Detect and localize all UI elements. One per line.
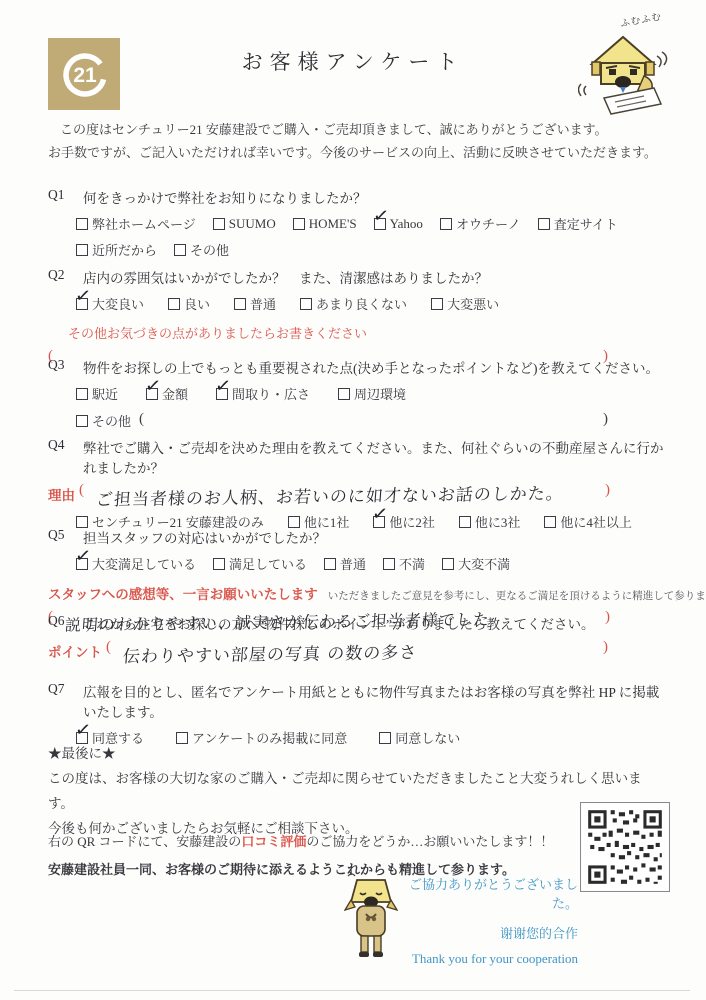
option-label: SUUMO xyxy=(229,216,276,232)
question-q7: Q7 広報を目的とし、匿名でアンケート用紙とともに物件写真またはお客様の写真を弊… xyxy=(48,681,664,747)
checkbox-option[interactable]: 大変不満 xyxy=(442,554,510,573)
other-answer-field[interactable]: その他 ( ) xyxy=(48,411,608,430)
checkbox-icon[interactable] xyxy=(76,415,88,427)
reason-label: 理由 xyxy=(48,482,75,504)
mascot-bowing xyxy=(344,870,398,962)
option-label: 満足している xyxy=(229,554,307,573)
checkbox-icon[interactable] xyxy=(76,388,88,400)
paren-open: ( xyxy=(139,411,144,428)
checkbox-option[interactable]: ✓大変満足している xyxy=(76,554,196,573)
checkbox-icon[interactable] xyxy=(431,298,443,310)
option-label: 大変不満 xyxy=(458,554,510,573)
checkbox-icon[interactable] xyxy=(383,558,395,570)
qr-line1-suffix: のご協力をどうか…お願いいたします！！ xyxy=(306,834,553,849)
review-highlight: 口コミ評価 xyxy=(241,834,306,849)
reason-answer-field[interactable]: 理由 ( ご担当者様のお人柄、お若いのに如才ないお話のしかた。 ) xyxy=(48,482,610,507)
checkbox-option[interactable]: 普通 xyxy=(234,294,276,313)
checkbox-option[interactable]: ✓金額 xyxy=(146,384,188,403)
checkbox-icon[interactable]: ✓ xyxy=(76,298,88,310)
question-number: Q3 xyxy=(48,357,70,377)
paren-close: ) xyxy=(603,639,608,656)
option-label: 周辺環境 xyxy=(354,384,406,403)
checkbox-icon[interactable]: ✓ xyxy=(216,388,228,400)
option-label: Yahoo xyxy=(390,216,423,232)
checkmark-icon: ✓ xyxy=(74,286,92,307)
option-label: 大変良い xyxy=(92,294,144,313)
option-label: 大変満足している xyxy=(92,554,196,573)
option-label: 大変悪い xyxy=(447,294,499,313)
option-label: 良い xyxy=(184,294,210,313)
option-label: 査定サイト xyxy=(554,214,618,233)
question-number: Q7 xyxy=(48,681,70,721)
closing-block: ★最後に★ この度は、お客様の大切な家のご購入・ご売却に関らせていただきましたこ… xyxy=(48,741,664,841)
closing-line1: この度は、お客様の大切な家のご購入・ご売却に関らせていただきましたこと大変うれし… xyxy=(48,766,664,816)
paren-close: ) xyxy=(605,482,610,499)
qr-code-icon xyxy=(580,802,670,892)
checkmark-icon: ✓ xyxy=(371,206,389,227)
other-comments-prompt: その他お気づきの点がありましたらお書きください xyxy=(48,323,664,342)
checkbox-icon[interactable] xyxy=(442,558,454,570)
checkbox-option[interactable]: 不満 xyxy=(383,554,425,573)
intro-line1: この度はセンチュリー21 安藤建設でご購入・ご売却頂きまして、誠にありがとうござ… xyxy=(48,118,664,141)
checkbox-option[interactable]: その他 xyxy=(174,240,229,259)
qr-line1-prefix: 右の QR コードにて、安藤建設の xyxy=(48,834,241,849)
checkbox-icon[interactable] xyxy=(338,388,350,400)
option-label: 不満 xyxy=(399,554,425,573)
scan-artifact-line xyxy=(14,990,690,991)
checkbox-option[interactable]: 近所だから xyxy=(76,240,157,259)
question-text: 何をきっかけで弊社をお知りになりましたか？ xyxy=(83,187,367,207)
staff-comment-note: いただきましたご意見を参考にし、更なるご満足を頂けるように精進して参ります xyxy=(328,588,706,603)
checkbox-option[interactable]: 査定サイト xyxy=(538,214,618,233)
checkbox-icon[interactable] xyxy=(440,218,452,230)
question-q3: Q3 物件をお探しの上でもっとも重要視された点(決め手となったポイントなど)を教… xyxy=(48,357,664,430)
checkbox-icon[interactable] xyxy=(234,298,246,310)
handwritten-answer[interactable]: ご担当者様のお人柄、お若いのに如才ないお話のしかた。 xyxy=(83,478,606,510)
checkmark-icon: ✓ xyxy=(74,546,92,567)
question-q1: Q1 何をきっかけで弊社をお知りになりましたか？ 弊社ホームページ SUUMO … xyxy=(48,187,664,259)
checkbox-icon[interactable]: ✓ xyxy=(373,516,385,528)
option-label: HOME'S xyxy=(309,216,357,232)
question-q6: Q6 これから住宅をお探しの方へ“物件探しのポイント”がありましたら教えてくださ… xyxy=(48,613,664,664)
checkbox-icon[interactable] xyxy=(288,516,300,528)
checkbox-option[interactable]: 大変悪い xyxy=(431,294,499,313)
handwritten-answer[interactable]: 伝わりやすい部屋の写真 の数の多さ xyxy=(110,636,604,668)
qr-request-line1: 右の QR コードにて、安藤建設の口コミ評価のご協力をどうか…お願いいたします！… xyxy=(48,831,573,850)
point-answer-field[interactable]: ポイント ( 伝わりやすい部屋の写真 の数の多さ ) xyxy=(48,639,608,664)
qr-code xyxy=(580,802,670,892)
checkbox-option[interactable]: ✓Yahoo xyxy=(374,216,423,232)
option-label: 弊社ホームページ xyxy=(92,214,196,233)
thanks-english: Thank you for your cooperation xyxy=(392,951,578,967)
checkbox-option[interactable]: あまり良くない xyxy=(300,294,407,313)
thanks-chinese: 谢谢您的合作 xyxy=(392,923,578,942)
option-label: 間取り・広さ xyxy=(232,384,310,403)
checkbox-icon[interactable] xyxy=(168,298,180,310)
option-label: その他 xyxy=(190,240,229,259)
question-text: 店内の雰囲気はいかがでしたか？ また、清潔感はありましたか？ xyxy=(83,267,488,287)
point-label: ポイント xyxy=(48,639,102,661)
question-number: Q1 xyxy=(48,187,70,207)
checkbox-icon[interactable] xyxy=(324,558,336,570)
checkbox-icon[interactable] xyxy=(76,516,88,528)
checkbox-option[interactable]: 満足している xyxy=(213,554,307,573)
checkbox-icon[interactable] xyxy=(459,516,471,528)
question-q2: Q2 店内の雰囲気はいかがでしたか？ また、清潔感はありましたか？ ✓大変良い … xyxy=(48,267,664,365)
option-label: 駅近 xyxy=(92,384,118,403)
option-label: あまり良くない xyxy=(316,294,407,313)
option-label: 金額 xyxy=(162,384,188,403)
thanks-japanese: ご協力ありがとうございました。 xyxy=(392,874,578,912)
checkbox-option[interactable]: オウチーノ xyxy=(440,214,521,233)
checkbox-option[interactable]: 駅近 xyxy=(76,384,118,403)
question-number: Q4 xyxy=(48,437,70,477)
paren-close: ) xyxy=(603,411,608,428)
checkbox-icon[interactable] xyxy=(538,218,550,230)
closing-heading: ★最後に★ xyxy=(48,741,664,766)
checkmark-icon: ✓ xyxy=(74,720,92,741)
question-number: Q2 xyxy=(48,267,70,287)
checkbox-option[interactable]: 弊社ホームページ xyxy=(76,214,196,233)
checkbox-option[interactable]: HOME'S xyxy=(293,216,357,232)
checkbox-icon[interactable] xyxy=(293,218,305,230)
checkbox-icon[interactable] xyxy=(174,244,186,256)
question-text: 広報を目的とし、匿名でアンケート用紙とともに物件写真またはお客様の写真を弊社 H… xyxy=(83,681,664,721)
checkbox-option[interactable]: 普通 xyxy=(324,554,366,573)
intro-paragraph: この度はセンチュリー21 安藤建設でご購入・ご売却頂きまして、誠にありがとうござ… xyxy=(48,118,664,164)
question-text: これから住宅をお探しの方へ“物件探しのポイント”がありましたら教えてください。 xyxy=(83,613,594,633)
qr-request-paragraph: 右の QR コードにて、安藤建設の口コミ評価のご協力をどうか…お願いいたします！… xyxy=(48,831,573,878)
checkbox-option[interactable]: その他 xyxy=(76,411,131,430)
question-number: Q5 xyxy=(48,527,70,547)
checkbox-option[interactable]: 良い xyxy=(168,294,210,313)
intro-line2: お手数ですが、ご記入いただければ幸いです。今後のサービスの向上、活動に反映させて… xyxy=(48,141,664,164)
dog-house-mascot-icon xyxy=(578,22,668,118)
checkmark-icon: ✓ xyxy=(144,376,162,397)
checkbox-option[interactable]: ✓間取り・広さ xyxy=(216,384,310,403)
option-label: 普通 xyxy=(250,294,276,313)
checkmark-icon: ✓ xyxy=(371,504,389,525)
checkbox-option[interactable]: SUUMO xyxy=(213,216,276,232)
thanks-block: ご協力ありがとうございました。 谢谢您的合作 Thank you for you… xyxy=(392,874,578,967)
checkbox-icon[interactable] xyxy=(213,558,225,570)
checkbox-option[interactable]: 周辺環境 xyxy=(338,384,406,403)
dog-mascot-icon xyxy=(344,870,398,962)
option-label: オウチーノ xyxy=(456,214,521,233)
checkbox-icon[interactable] xyxy=(544,516,556,528)
checkmark-icon: ✓ xyxy=(214,376,232,397)
checkbox-icon[interactable] xyxy=(76,218,88,230)
staff-comment-prompt: スタッフへの感想等、一言お願いいたします xyxy=(48,583,318,603)
checkbox-icon[interactable] xyxy=(76,244,88,256)
option-label: その他 xyxy=(92,411,131,430)
checkbox-icon[interactable]: ✓ xyxy=(374,218,386,230)
question-text: 担当スタッフの対応はいかがでしたか？ xyxy=(83,527,326,547)
checkbox-option[interactable]: ✓大変良い xyxy=(76,294,144,313)
survey-page: 21 お客様アンケート ふむふむ この度はセンチュリー21 安藤建設でご購入・ご… xyxy=(0,0,706,1000)
checkbox-icon[interactable] xyxy=(300,298,312,310)
checkbox-icon[interactable]: ✓ xyxy=(76,558,88,570)
question-text: 弊社でご購入・ご売却を決めた理由を教えてください。また、何社ぐらいの不動産屋さん… xyxy=(83,437,664,477)
mascot-reading: ふむふむ xyxy=(578,12,682,118)
question-text: 物件をお探しの上でもっとも重要視された点(決め手となったポイントなど)を教えてく… xyxy=(83,357,659,377)
question-number: Q6 xyxy=(48,613,70,633)
question-q4: Q4 弊社でご購入・ご売却を決めた理由を教えてください。また、何社ぐらいの不動産… xyxy=(48,437,664,531)
checkbox-icon[interactable]: ✓ xyxy=(146,388,158,400)
option-label: 近所だから xyxy=(92,240,157,259)
option-label: 普通 xyxy=(340,554,366,573)
checkbox-icon[interactable] xyxy=(213,218,225,230)
